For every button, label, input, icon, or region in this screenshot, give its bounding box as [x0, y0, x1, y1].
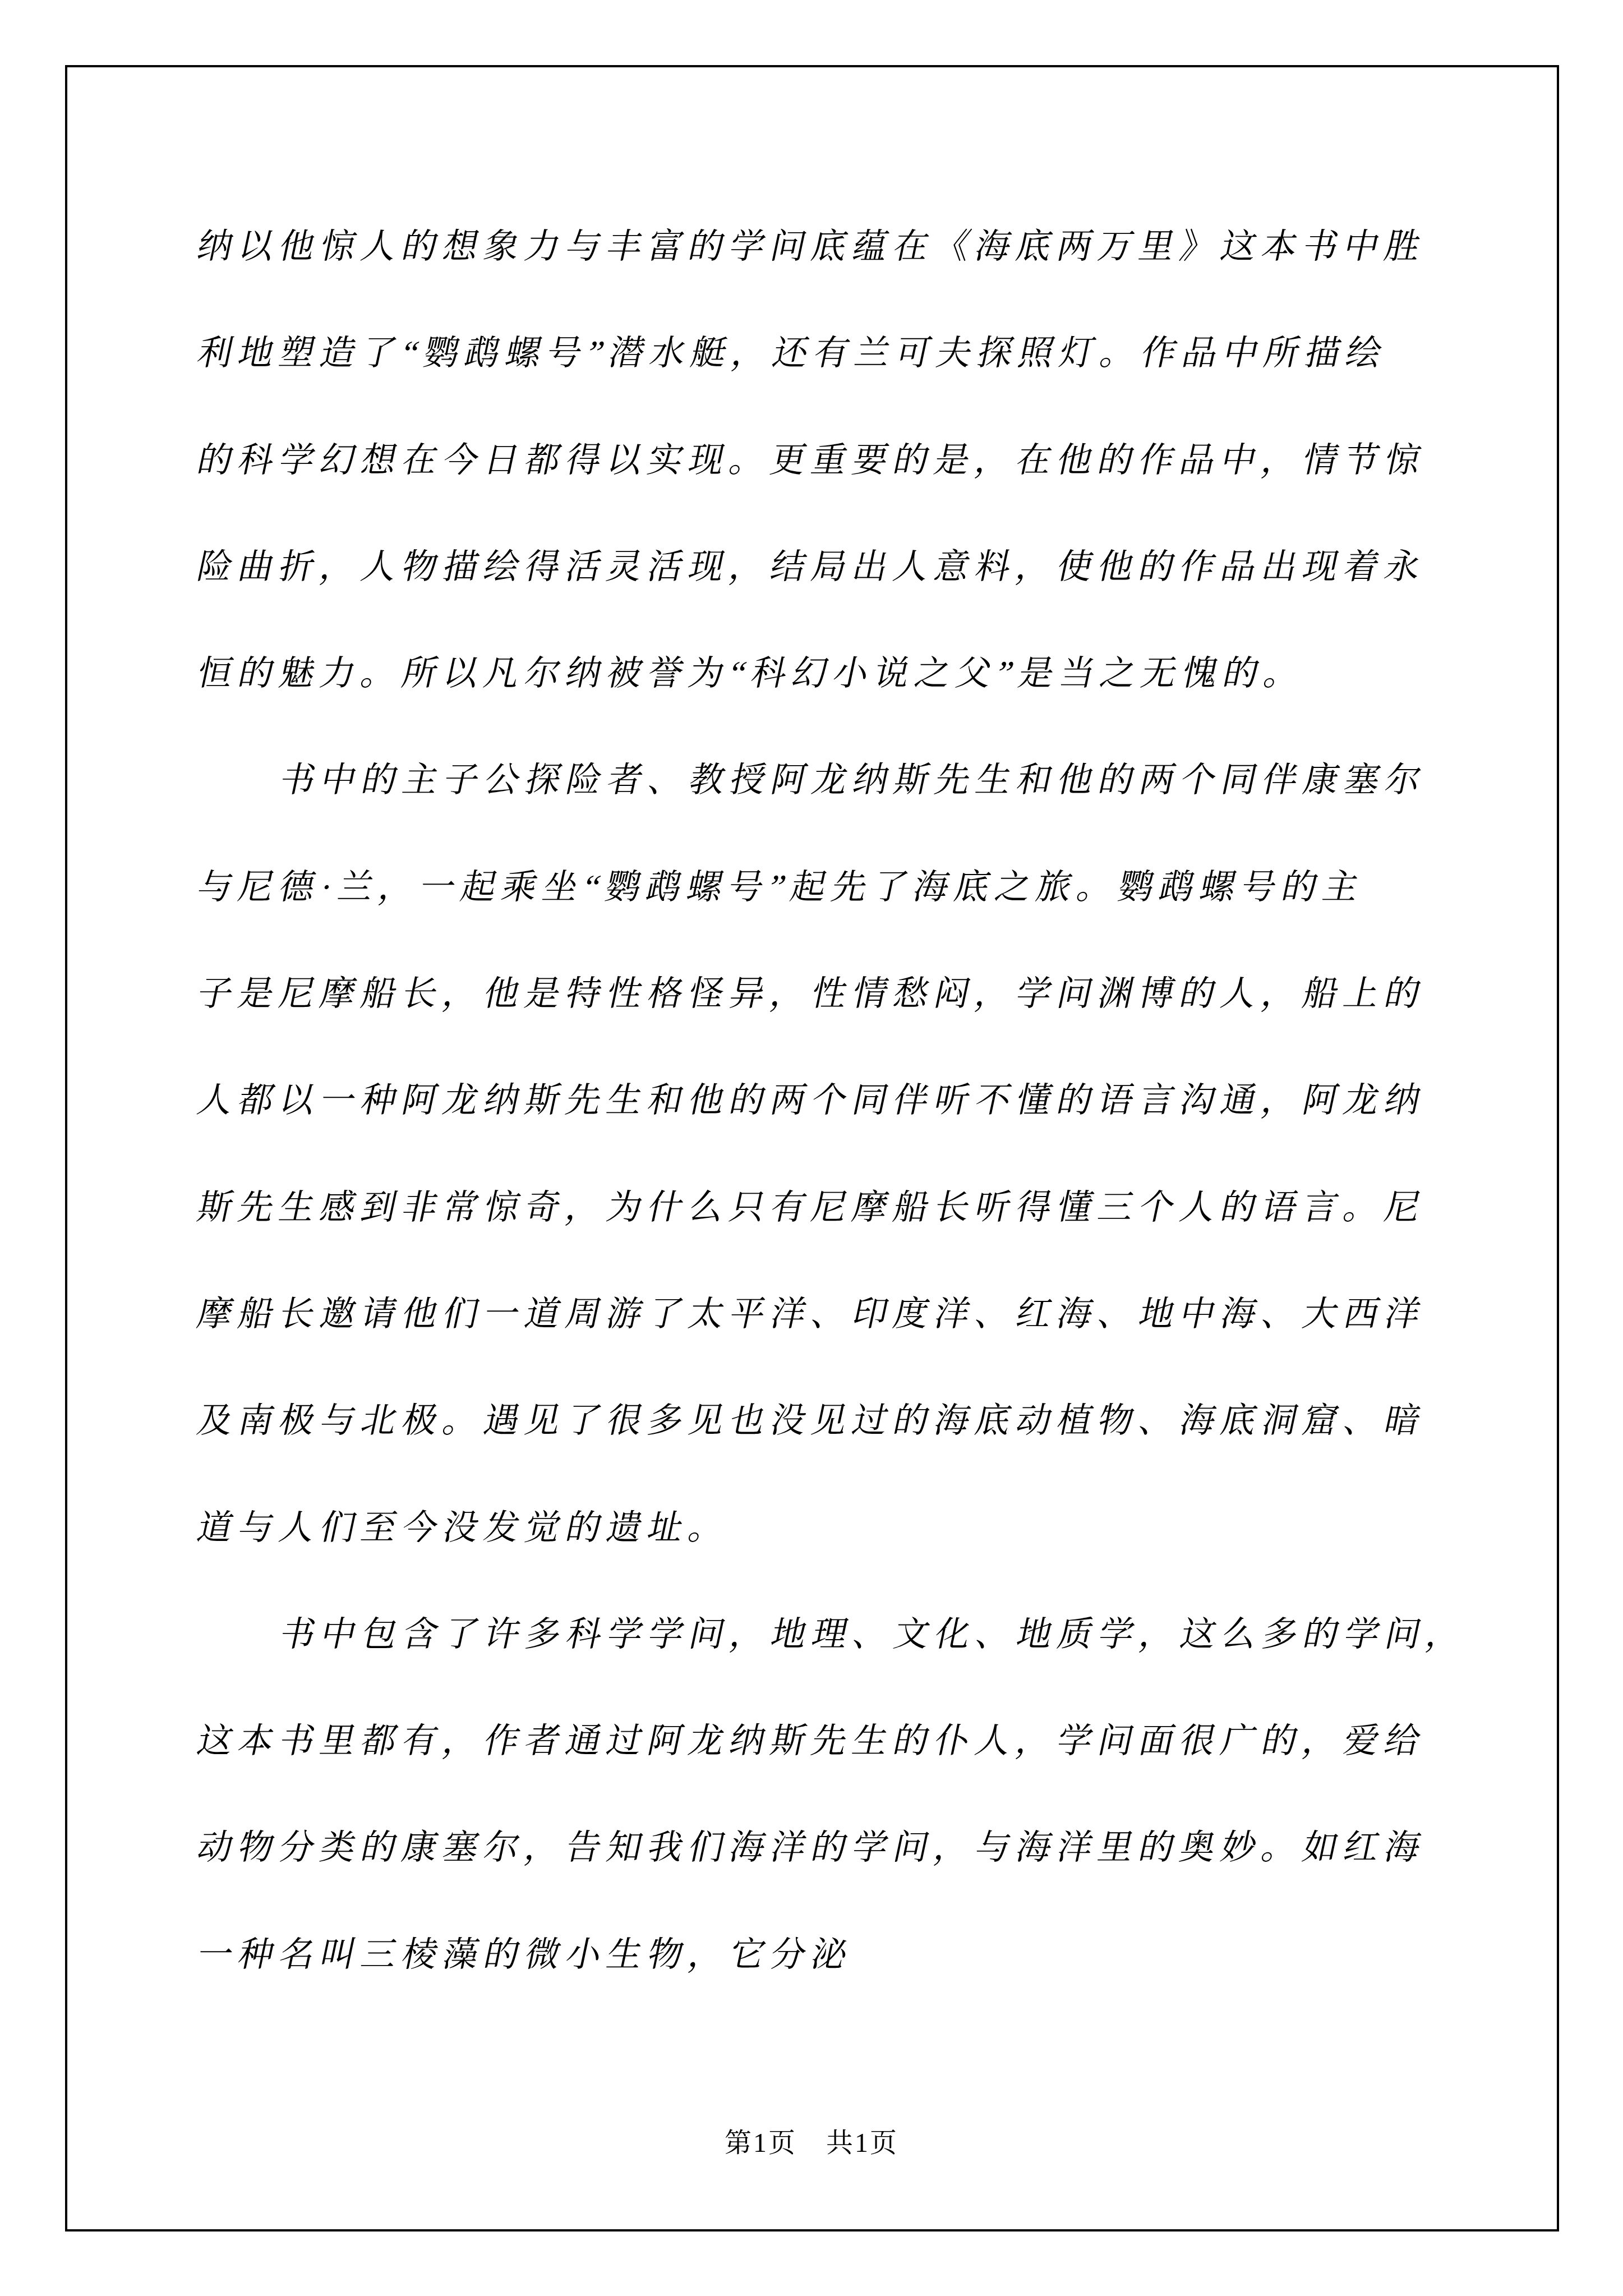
text-line: 动物分类的康塞尔，告知我们海洋的学问，与海洋里的奥妙。如红海	[187, 1795, 1499, 1901]
text-line: 利地塑造了“鹦鹉螺号”潜水艇，还有兰可夫探照灯。作品中所描绘	[187, 300, 1499, 407]
text-line: 一种名叫三棱藻的微小生物，它分泌	[187, 1902, 1499, 2008]
text-line: 人都以一种阿龙纳斯先生和他的两个同伴听不懂的语言沟通，阿龙纳	[187, 1047, 1499, 1154]
text-line: 及南极与北极。遇见了很多见也没见过的海底动植物、海底洞窟、暗	[187, 1368, 1499, 1474]
document-body-text: 纳以他惊人的想象力与丰富的学问底蕴在《海底两万里》这本书中胜 利地塑造了“鹦鹉螺…	[198, 194, 1488, 2008]
text-line: 子是尼摩船长，他是特性格怪异，性情愁闷，学问渊博的人，船上的	[187, 941, 1499, 1047]
text-line: 摩船长邀请他们一道周游了太平洋、印度洋、红海、地中海、大西洋	[187, 1261, 1499, 1368]
footer-page-number: 第1页	[725, 2128, 797, 2158]
text-line: 道与人们至今没发觉的遗址。	[187, 1475, 1499, 1581]
text-line: 的科学幻想在今日都得以实现。更重要的是，在他的作品中，情节惊	[187, 407, 1499, 514]
text-line-paragraph-start: 书中的主子公探险者、教授阿龙纳斯先生和他的两个同伴康塞尔	[187, 727, 1499, 834]
text-line: 与尼德·兰，一起乘坐“鹦鹉螺号”起先了海底之旅。鹦鹉螺号的主	[187, 834, 1499, 941]
footer-total-pages: 共1页	[826, 2128, 898, 2158]
text-line: 这本书里都有，作者通过阿龙纳斯先生的仆人，学问面很广的，爱给	[187, 1688, 1499, 1795]
text-line: 斯先生感到非常惊奇，为什么只有尼摩船长听得懂三个人的语言。尼	[187, 1154, 1499, 1261]
text-line: 恒的魅力。所以凡尔纳被誉为“科幻小说之父”是当之无愧的。	[187, 620, 1499, 727]
text-line-paragraph-start: 书中包含了许多科学学问，地理、文化、地质学，这么多的学问，	[187, 1581, 1499, 1688]
page-footer: 第1页共1页	[0, 2129, 1623, 2157]
text-line: 纳以他惊人的想象力与丰富的学问底蕴在《海底两万里》这本书中胜	[187, 194, 1499, 300]
text-line: 险曲折，人物描绘得活灵活现，结局出人意料，使他的作品出现着永	[187, 514, 1499, 620]
